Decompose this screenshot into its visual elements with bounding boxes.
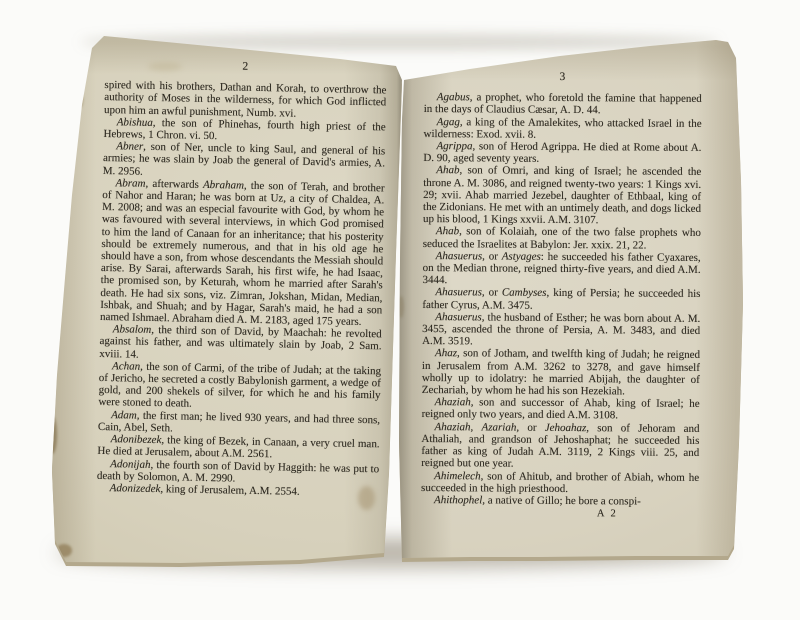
entry-name: Absalom: [113, 323, 152, 336]
entry-name: Azariah: [481, 421, 516, 433]
entry-text: , afterwards: [145, 178, 203, 191]
dictionary-entry: Agag, a king of the Amalekites, who atta…: [424, 116, 702, 142]
entry-name: Agabus: [437, 91, 470, 103]
entry-text: , son of Omri, and king of Israel; he as…: [423, 165, 701, 227]
dictionary-entry: Ahimelech, son of Ahitub, and brother of…: [421, 469, 699, 495]
entry-text: , or: [482, 287, 502, 299]
worn-edge-chip: [48, 416, 57, 454]
dictionary-entry: Achan, the son of Carmi, of the tribe of…: [98, 360, 381, 414]
dictionary-entry: Absalom, the third son of David, by Maac…: [99, 323, 382, 365]
entry-name: Ahasuerus: [436, 250, 483, 262]
entry-text: , a king of the Amalekites, who attacked…: [424, 116, 702, 141]
entry-name: Cambyses: [502, 287, 547, 299]
entry-text: , a native of Gillo; he bore a conspi-: [482, 494, 641, 507]
paper-stain: [358, 486, 375, 510]
entry-name: Adonijah: [110, 458, 151, 471]
dictionary-entry: spired with his brothers, Dathan and Kor…: [104, 79, 387, 121]
entry-name: Abishua: [117, 116, 153, 129]
entry-text: , the first man; he lived 930 years, and…: [98, 409, 380, 434]
entry-text: spired with his brothers, Dathan and Kor…: [104, 79, 387, 119]
dictionary-entry: Ahab, son of Omri, and king of Israel; h…: [423, 164, 701, 227]
right-page-entries: Agabus, a prophet, who foretold the fami…: [421, 91, 702, 508]
entry-name: Agrippa: [436, 140, 472, 152]
entry-text: , or: [516, 421, 544, 433]
dictionary-entry: Ahaziah, son and successor of Ahab, king…: [422, 396, 700, 422]
dictionary-entry: Ahithophel, a native of Gillo; he bore a…: [421, 494, 699, 508]
entry-name: Ahaz: [435, 348, 457, 360]
dictionary-entry: Ahasuerus, or Cambyses, king of Persia; …: [422, 286, 700, 312]
entry-name: Agag: [437, 116, 460, 128]
entry-name: Adam: [111, 409, 137, 421]
entry-name: Abraham: [203, 179, 244, 192]
dictionary-entry: Ahaz, son of Jotham, and twelfth king of…: [422, 347, 700, 398]
gutter-nick: [398, 296, 404, 318]
entry-name: Jehoahaz: [545, 422, 587, 434]
dictionary-entry: Ahasuerus, or Astyages: he succeeded his…: [422, 250, 700, 289]
dictionary-entry: Agabus, a prophet, who foretold the fami…: [424, 91, 702, 117]
entry-name: Ahimelech: [434, 470, 481, 482]
dictionary-entry: Ahaziah, Azariah, or Jehoahaz, son of Je…: [421, 421, 699, 472]
left-page-entries: spired with his brothers, Dathan and Kor…: [97, 79, 387, 499]
entry-name: Abram: [115, 177, 145, 190]
entry-name: Abner: [116, 140, 143, 153]
entry-name: Ahab: [436, 226, 459, 238]
entry-name: Adonibezek: [111, 433, 162, 446]
entry-name: Ahasuerus: [435, 311, 482, 323]
entry-name: Ahithophel: [434, 494, 482, 506]
entry-text: , king of Jerusalem, A.M. 2554.: [160, 483, 300, 498]
entry-text: , son of Jotham, and twelfth king of Jud…: [422, 348, 700, 398]
dictionary-entry: Abram, afterwards Abraham, the son of Te…: [100, 177, 385, 329]
left-page-text-block: 2 spired with his brothers, Dathan and K…: [97, 58, 387, 499]
entry-name: Ahasuerus: [435, 287, 482, 299]
entry-name: Ahab: [436, 165, 459, 177]
signature-mark: A 2: [421, 507, 699, 521]
worn-edge-chip: [76, 92, 83, 108]
photo-of-open-book: 2 spired with his brothers, Dathan and K…: [0, 0, 800, 620]
dictionary-entry: Ahab, son of Kolaiah, one of the two fal…: [423, 225, 701, 251]
dictionary-entry: Abner, son of Ner, uncle to king Saul, a…: [103, 140, 386, 182]
entry-text: , the son of Carmi, of the tribe of Juda…: [98, 361, 381, 411]
dictionary-entry: Ahasuerus, the husband of Esther; he was…: [422, 311, 700, 350]
dictionary-entry: Agrippa, son of Herod Agrippa. He died a…: [423, 140, 701, 166]
entry-text: , the son of Terah, and brother of Nahor…: [100, 180, 385, 329]
entry-name: Ahaziah: [435, 396, 471, 408]
entry-text: , son of Ner, uncle to king Saul, and ge…: [103, 141, 386, 177]
entry-text: , or: [482, 250, 502, 262]
right-page-number: 3: [424, 70, 702, 84]
right-page-text-block: 3 Agabus, a prophet, who foretold the fa…: [421, 70, 702, 521]
entry-name: Achan: [112, 360, 140, 373]
entry-text: , son of Kolaiah, one of the two false p…: [423, 226, 701, 252]
entry-name: Astyages: [502, 250, 541, 262]
entry-text: ,: [471, 421, 482, 433]
entry-name: Ahaziah: [434, 421, 470, 433]
entry-name: Adonizedek: [110, 482, 161, 495]
